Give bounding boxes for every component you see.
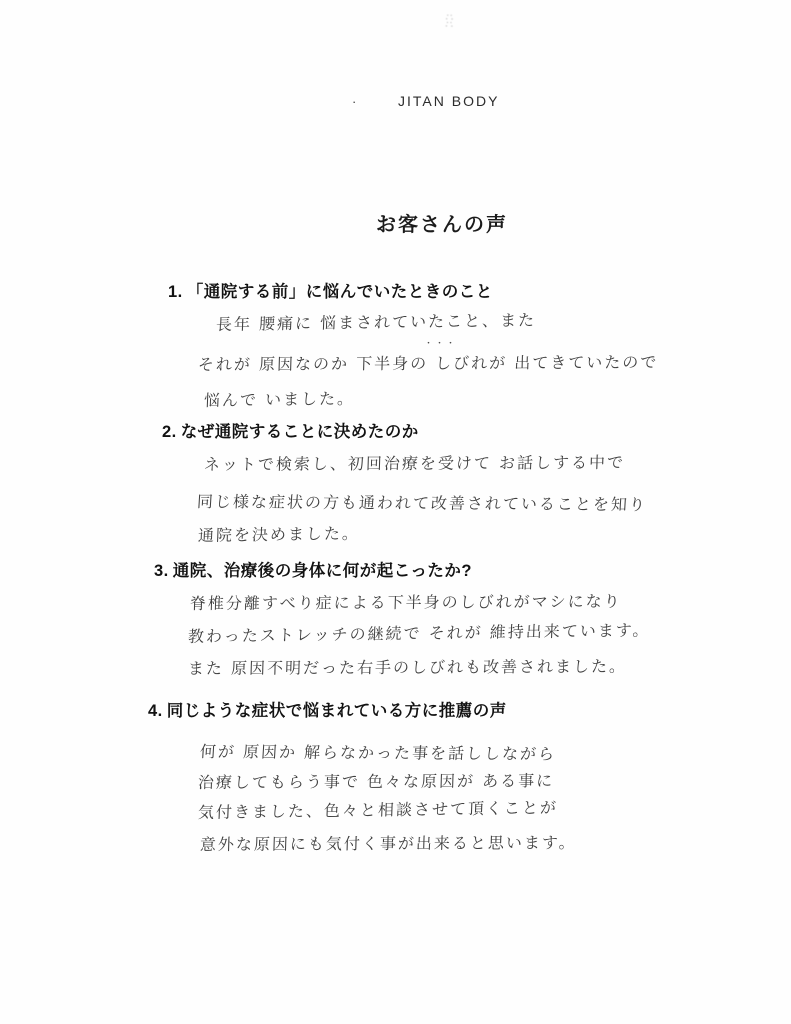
answer-1-line-2: それが 原因なのか 下半身の しびれが 出てきていたので: [198, 350, 659, 375]
question-3-label: 通院、治療後の身体に何が起こったか?: [173, 562, 472, 580]
answer-2-line-1: ネットで検索し、初回治療を受けて お話しする中で: [204, 450, 626, 475]
answer-3-line-2: 教わったストレッチの継続で それが 維持出来ています。: [188, 618, 651, 647]
answer-4-line-2: 治療してもらう事で 色々な原因が ある事に: [198, 768, 555, 793]
brand-dot: ·: [352, 94, 356, 109]
question-2-number: 2.: [162, 423, 177, 441]
question-4-heading: 4.同じような症状で悩まれている方に推薦の声: [148, 697, 507, 721]
question-1-label: 「通院する前」に悩んでいたときのこと: [187, 283, 493, 301]
answer-2-line-2: 同じ様な症状の方も通われて改善されていることを知り: [196, 489, 647, 515]
answer-4-line-1: 何が 原因か 解らなかった事を話ししながら: [199, 739, 557, 764]
question-4-label: 同じような症状で悩まれている方に推薦の声: [167, 702, 507, 720]
answer-4-line-4: 意外な原因にも気付く事が出来ると思います。: [200, 830, 577, 855]
brand-logo-text: JITAN BODY: [398, 93, 499, 109]
answer-4-line-3: 気付きました、色々と相談させて頂くことが: [198, 795, 559, 823]
answer-1-line-3: 悩んで いました。: [204, 386, 356, 411]
question-3-number: 3.: [154, 562, 169, 580]
question-1-number: 1.: [168, 283, 183, 301]
answer-3-line-3: また 原因不明だった右手のしびれも改善されました。: [188, 654, 628, 679]
scan-artifact-smudge: ∶⁚∶⁚: [440, 14, 455, 86]
answer-2-line-3: 通院を決めました。: [198, 521, 361, 546]
page-title: お客さんの声: [376, 208, 508, 237]
answer-3-line-1: 脊椎分離すべり症による下半身のしびれがマシになり: [190, 589, 622, 614]
question-2-heading: 2.なぜ通院することに決めたのか: [162, 418, 419, 442]
correction-dots: ・・・: [424, 336, 457, 349]
question-2-label: なぜ通院することに決めたのか: [181, 423, 419, 441]
question-1-heading: 1.「通院する前」に悩んでいたときのこと: [168, 278, 493, 302]
scanned-document-page: ∶⁚∶⁚ · JITAN BODY お客さんの声 1.「通院する前」に悩んでいた…: [0, 0, 791, 1024]
answer-1-line-1: 長年 腰痛に 悩まされていたこと、また: [216, 308, 537, 335]
question-3-heading: 3.通院、治療後の身体に何が起こったか?: [154, 557, 472, 581]
question-4-number: 4.: [148, 702, 163, 720]
